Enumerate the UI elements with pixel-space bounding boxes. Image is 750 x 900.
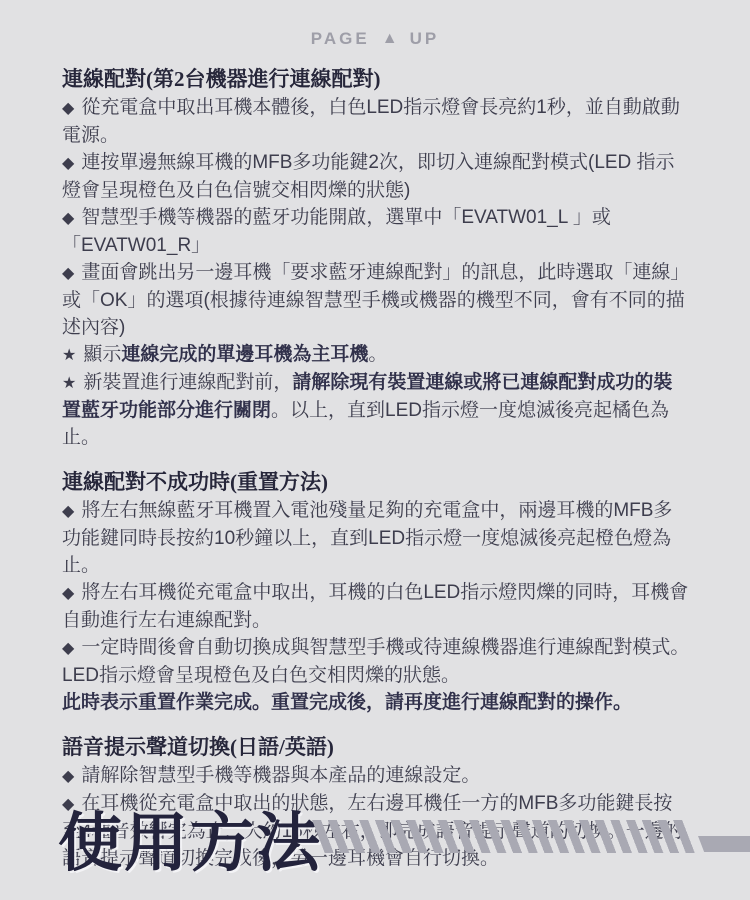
list-item-text: 一定時間後會自動切換成與智慧型手機或待連線機器進行連線配對模式。LED指示燈會呈… [62,637,689,686]
list-item-text-bold: 此時表示重置作業完成。重置完成後，請再度進行連線配對的操作。 [62,692,632,713]
section-heading: 語音提示聲道切換(日語/英語) [62,732,690,762]
up-label: UP [410,29,440,48]
footer-section-title: 使用方法 [58,806,322,883]
section-heading: 連線配對不成功時(重置方法) [62,467,690,497]
list-item: ◆將左右無線藍牙耳機置入電池殘量足夠的充電盒中，兩邊耳機的MFB多功能鍵同時長按… [62,497,690,579]
section-heading: 連線配對(第2台機器進行連線配對) [62,64,690,94]
list-item-text-bold: 連線完成的單邊耳機為主耳機 [121,344,368,365]
manual-page: PAGE▲UP 連線配對(第2台機器進行連線配對) ◆從充電盒中取出耳機本體後，… [0,0,750,900]
star-bullet-icon: ★ [62,347,76,364]
diagonal-stripes-decoration [312,820,701,853]
list-item: ◆請解除智慧型手機等機器與本產品的連線設定。 [62,762,690,790]
list-item: ◆從充電盒中取出耳機本體後，白色LED指示燈會長亮約1秒，並自動啟動電源。 [62,94,690,149]
list-item-note: ★新裝置進行連線配對前，請解除現有裝置連線或將已連線配對成功的裝置藍牙功能部分進… [62,369,690,451]
section-pairing-second-device: 連線配對(第2台機器進行連線配對) ◆從充電盒中取出耳機本體後，白色LED指示燈… [62,64,690,451]
diamond-bullet-icon: ◆ [62,503,74,520]
diamond-bullet-icon: ◆ [62,210,74,227]
list-item-note: ★顯示連線完成的單邊耳機為主耳機。 [62,341,690,369]
diamond-bullet-icon: ◆ [62,640,74,657]
list-item: ◆一定時間後會自動切換成與智慧型手機或待連線機器進行連線配對模式。LED指示燈會… [62,634,690,689]
list-item-text: 請解除智慧型手機等機器與本產品的連線設定。 [81,765,480,786]
list-item: ◆智慧型手機等機器的藍牙功能開啟，選單中「EVATW01_L 」或「EVATW0… [62,204,690,259]
diamond-bullet-icon: ◆ [62,768,74,785]
star-bullet-icon: ★ [62,375,76,392]
up-arrow-icon: ▲ [382,30,398,48]
list-item: ◆畫面會跳出另一邊耳機「要求藍牙連線配對」的訊息，此時選取「連線」或「OK」的選… [62,259,690,341]
list-item-text: 。 [368,344,387,365]
list-item: ◆連按單邊無線耳機的MFB多功能鍵2次，即切入連線配對模式(LED 指示燈會呈現… [62,149,690,204]
list-item-text: 畫面會跳出另一邊耳機「要求藍牙連線配對」的訊息，此時選取「連線」或「OK」的選項… [62,262,689,338]
list-item-text: 將左右無線藍牙耳機置入電池殘量足夠的充電盒中，兩邊耳機的MFB多功能鍵同時長按約… [62,500,672,576]
list-item-text: 智慧型手機等機器的藍牙功能開啟，選單中「EVATW01_L 」或「EVATW01… [62,207,611,256]
page-up-indicator: PAGE▲UP [0,0,750,48]
manual-content: 連線配對(第2台機器進行連線配對) ◆從充電盒中取出耳機本體後，白色LED指示燈… [62,64,690,888]
diamond-bullet-icon: ◆ [62,155,74,172]
list-item-text: 連按單邊無線耳機的MFB多功能鍵2次，即切入連線配對模式(LED 指示燈會呈現橙… [62,152,675,201]
page-label: PAGE [311,29,370,48]
list-item: ◆將左右耳機從充電盒中取出，耳機的白色LED指示燈閃爍的同時，耳機會自動進行左右… [62,579,690,634]
list-item-text: 顯示 [83,344,121,365]
list-item-text: 新裝置進行連線配對前， [83,372,292,393]
diamond-bullet-icon: ◆ [62,265,74,282]
diamond-bullet-icon: ◆ [62,585,74,602]
stripe-end-bar-decoration [698,836,750,852]
diamond-bullet-icon: ◆ [62,100,74,117]
list-item-text: 將左右耳機從充電盒中取出，耳機的白色LED指示燈閃爍的同時，耳機會自動進行左右連… [62,582,688,631]
section-pairing-reset: 連線配對不成功時(重置方法) ◆將左右無線藍牙耳機置入電池殘量足夠的充電盒中，兩… [62,467,690,716]
list-item-text: 從充電盒中取出耳機本體後，白色LED指示燈會長亮約1秒，並自動啟動電源。 [62,97,680,146]
list-item-emphasis: 此時表示重置作業完成。重置完成後，請再度進行連線配對的操作。 [62,689,690,716]
